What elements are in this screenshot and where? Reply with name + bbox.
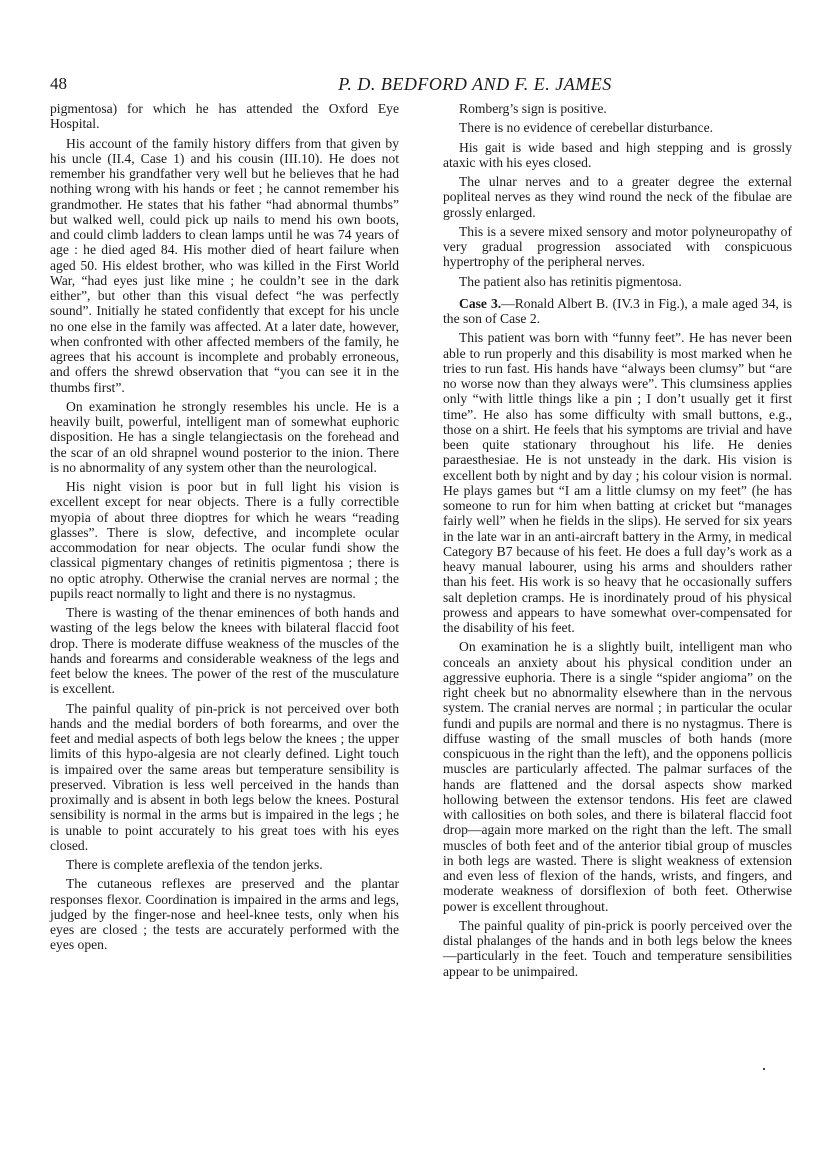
paragraph-reflexes: The cutaneous reflexes are preserved and… xyxy=(50,876,399,952)
right-column: Romberg’s sign is positive. There is no … xyxy=(443,101,792,983)
paragraph-areflexia: There is complete areflexia of the tendo… xyxy=(50,857,399,872)
paragraph-romberg: Romberg’s sign is positive. xyxy=(443,101,792,116)
paragraph-case3-examination: On examination he is a slightly built, i… xyxy=(443,639,792,914)
paragraph-continued: pigmentosa) for which he has attended th… xyxy=(50,101,399,132)
paragraph-summary: This is a severe mixed sensory and motor… xyxy=(443,224,792,270)
paragraph-gait: His gait is wide based and high stepping… xyxy=(443,140,792,171)
case-3-heading: Case 3. xyxy=(459,296,501,311)
paragraph-examination: On examination he strongly resembles his… xyxy=(50,399,399,475)
paragraph-sensation: The painful quality of pin-prick is not … xyxy=(50,701,399,854)
left-column: pigmentosa) for which he has attended th… xyxy=(50,101,399,957)
paragraph-retinitis: The patient also has retinitis pigmentos… xyxy=(443,274,792,289)
paragraph-case3-sensation: The painful quality of pin-prick is poor… xyxy=(443,918,792,979)
paragraph-case3-history: This patient was born with “funny feet”.… xyxy=(443,330,792,635)
page-header: 48 P. D. BEDFORD AND F. E. JAMES xyxy=(50,74,790,96)
paragraph-family-history: His account of the family history differ… xyxy=(50,136,399,395)
paragraph-cerebellar: There is no evidence of cerebellar distu… xyxy=(443,120,792,135)
case-3-intro: Case 3.—Ronald Albert B. (IV.3 in Fig.),… xyxy=(443,296,792,327)
print-speck xyxy=(763,1068,765,1070)
running-head-authors: P. D. BEDFORD AND F. E. JAMES xyxy=(50,74,790,95)
paragraph-nerves: The ulnar nerves and to a greater degree… xyxy=(443,174,792,220)
paragraph-vision: His night vision is poor but in full lig… xyxy=(50,479,399,601)
paragraph-wasting: There is wasting of the thenar eminences… xyxy=(50,605,399,697)
